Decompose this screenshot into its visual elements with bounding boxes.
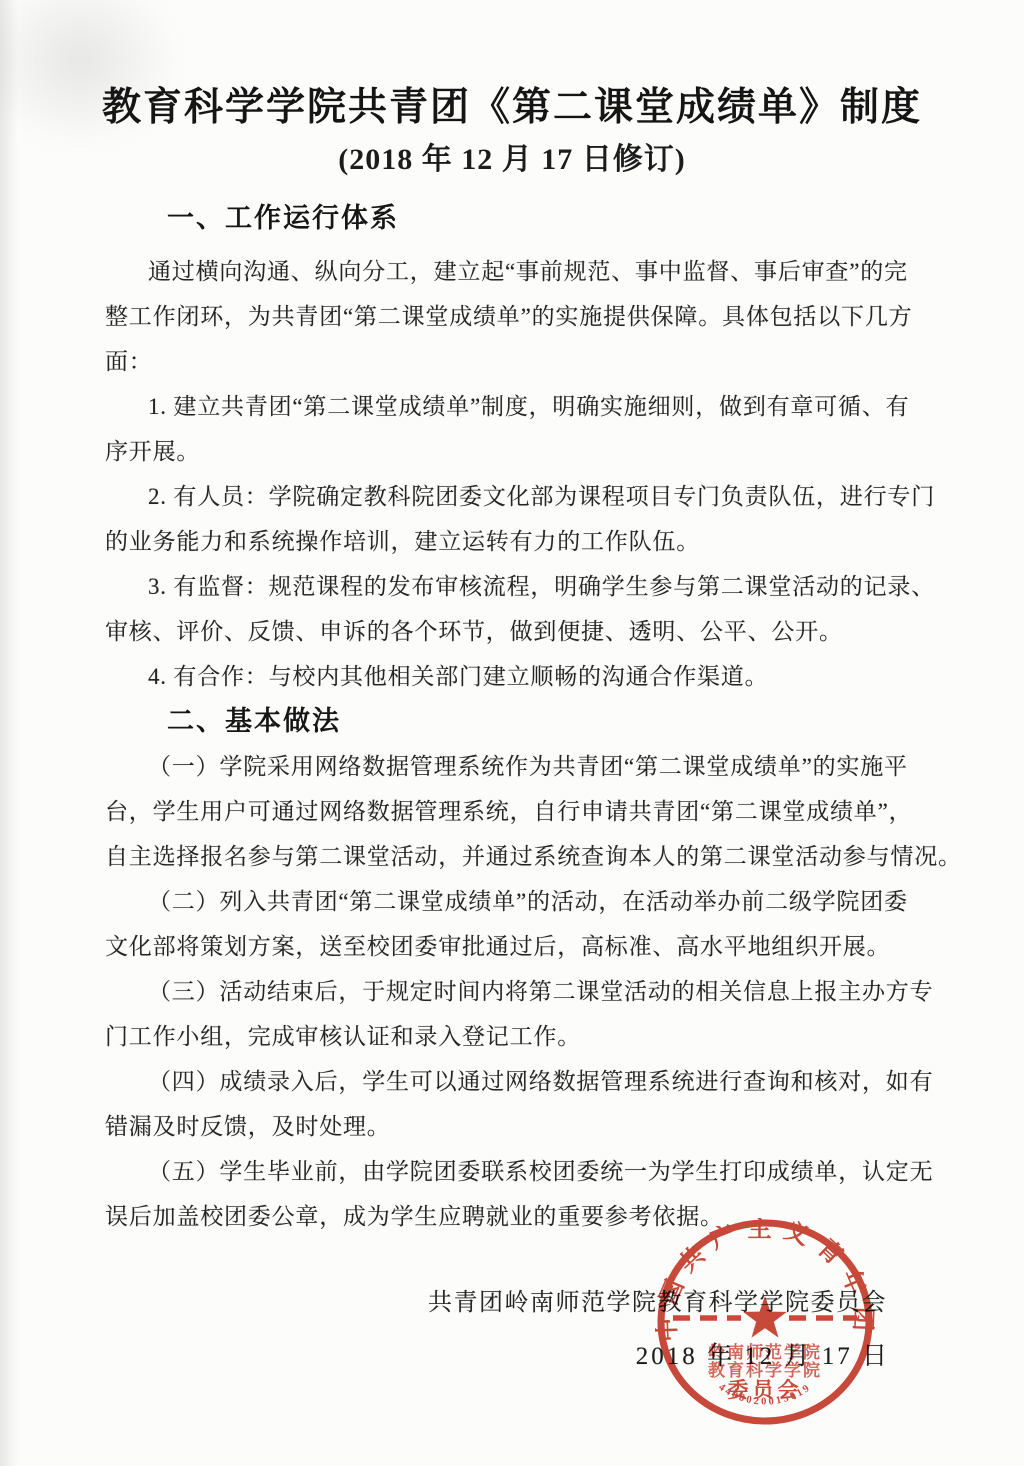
body-line: 整工作闭环，为共青团“第二课堂成绩单”的实施提供保障。具体包括以下几方: [105, 294, 937, 339]
body-line: 2. 有人员：学院确定教科院团委文化部为课程项目专门负责队伍，进行专门: [105, 474, 937, 519]
body-line: 3. 有监督：规范课程的发布审核流程，明确学生参与第二课堂活动的记录、: [105, 564, 937, 609]
body-line: 台，学生用户可通过网络数据管理系统，自行申请共青团“第二课堂成绩单”，: [105, 789, 937, 834]
body-line: 审核、评价、反馈、申诉的各个环节，做到便捷、透明、公平、公开。: [105, 609, 937, 654]
scanned-document-page: 教育科学学院共青团《第二课堂成绩单》制度 (2018 年 12 月 17 日修订…: [0, 0, 1024, 1466]
body-line: （四）成绩录入后，学生可以通过网络数据管理系统进行查询和核对，如有: [105, 1059, 937, 1104]
signature-organization: 共青团岭南师范学院教育科学学院委员会: [428, 1282, 887, 1317]
section-heading-2: 二、基本做法: [105, 699, 937, 744]
revision-date-subtitle: (2018 年 12 月 17 日修订): [0, 134, 1024, 178]
official-seal: 中国共产主义青年团 岭南师范学院 教育科学学院 委员会 440802001501…: [655, 1218, 877, 1430]
body-line: （五）学生毕业前，由学院团委联系校团委统一为学生打印成绩单，认定无: [105, 1149, 937, 1194]
body-line: （二）列入共青团“第二课堂成绩单”的活动，在活动举办前二级学院团委: [105, 879, 937, 924]
body-line: （三）活动结束后，于规定时间内将第二课堂活动的相关信息上报主办方专: [105, 969, 937, 1014]
body-line: 文化部将策划方案，送至校团委审批通过后，高标准、高水平地组织开展。: [105, 924, 937, 969]
signature-date: 2018 年 12 月 17 日: [636, 1336, 890, 1372]
body-line: 4. 有合作：与校内其他相关部门建立顺畅的沟通合作渠道。: [105, 654, 937, 699]
section-heading-1: 一、工作运行体系: [167, 196, 399, 235]
body-line: 错漏及时反馈，及时处理。: [105, 1104, 937, 1149]
body-line: 自主选择报名参与第二课堂活动，并通过系统查询本人的第二课堂活动参与情况。: [105, 834, 937, 879]
body-line: （一）学院采用网络数据管理系统作为共青团“第二课堂成绩单”的实施平: [105, 744, 937, 789]
body-line: 门工作小组，完成审核认证和录入登记工作。: [105, 1014, 937, 1059]
document-body: 通过横向沟通、纵向分工，建立起“事前规范、事中监督、事后审查”的完 整工作闭环，…: [105, 249, 937, 1239]
page-title: 教育科学学院共青团《第二课堂成绩单》制度: [0, 76, 1024, 132]
body-line: 通过横向沟通、纵向分工，建立起“事前规范、事中监督、事后审查”的完: [105, 249, 937, 294]
body-line: 面：: [105, 339, 937, 384]
body-line: 序开展。: [105, 429, 937, 474]
body-line: 1. 建立共青团“第二课堂成绩单”制度，明确实施细则，做到有章可循、有: [105, 384, 937, 429]
body-line: 的业务能力和系统操作培训，建立运转有力的工作队伍。: [105, 519, 937, 564]
